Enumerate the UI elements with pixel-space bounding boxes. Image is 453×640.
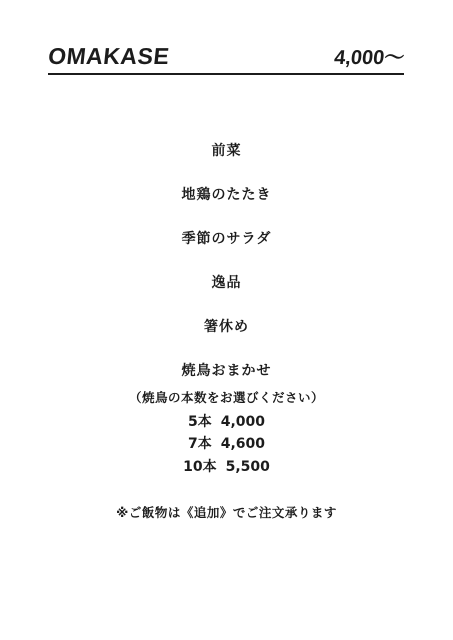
menu-header: OMAKASE 4,000～ [48, 40, 404, 75]
omakase-menu-page: OMAKASE 4,000～ 前菜 地鶏のたたき 季節のサラダ 逸品 箸休め 焼… [0, 0, 453, 640]
skewer-option-row: 5本 4,000 [0, 414, 453, 430]
skewer-count: 5本 [188, 414, 212, 430]
skewer-option-row: 7本 4,600 [0, 436, 453, 452]
skewer-price: 4,000 [221, 414, 265, 430]
course-item-jidori-tataki: 地鶏のたたき [0, 187, 453, 203]
menu-title: OMAKASE [47, 45, 171, 73]
skewer-option-row: 10本 5,500 [0, 459, 453, 475]
course-item-specialty: 逸品 [0, 275, 453, 291]
course-item-appetizer: 前菜 [0, 143, 453, 159]
course-item-seasonal-salad: 季節のサラダ [0, 231, 453, 247]
skewer-price: 4,600 [221, 436, 265, 452]
course-item-palate-cleanser: 箸休め [0, 319, 453, 335]
course-item-yakitori-omakase: 焼鳥おまかせ [0, 363, 453, 379]
rice-order-footnote: ※ご飯物は《追加》でご注文承ります [0, 505, 453, 521]
skewer-price: 5,500 [226, 459, 270, 475]
skewer-count: 7本 [188, 436, 212, 452]
skewer-count: 10本 [183, 459, 216, 475]
starting-price: 4,000～ [333, 48, 406, 73]
skewer-selection-note: （焼鳥の本数をお選びください） [0, 390, 453, 406]
